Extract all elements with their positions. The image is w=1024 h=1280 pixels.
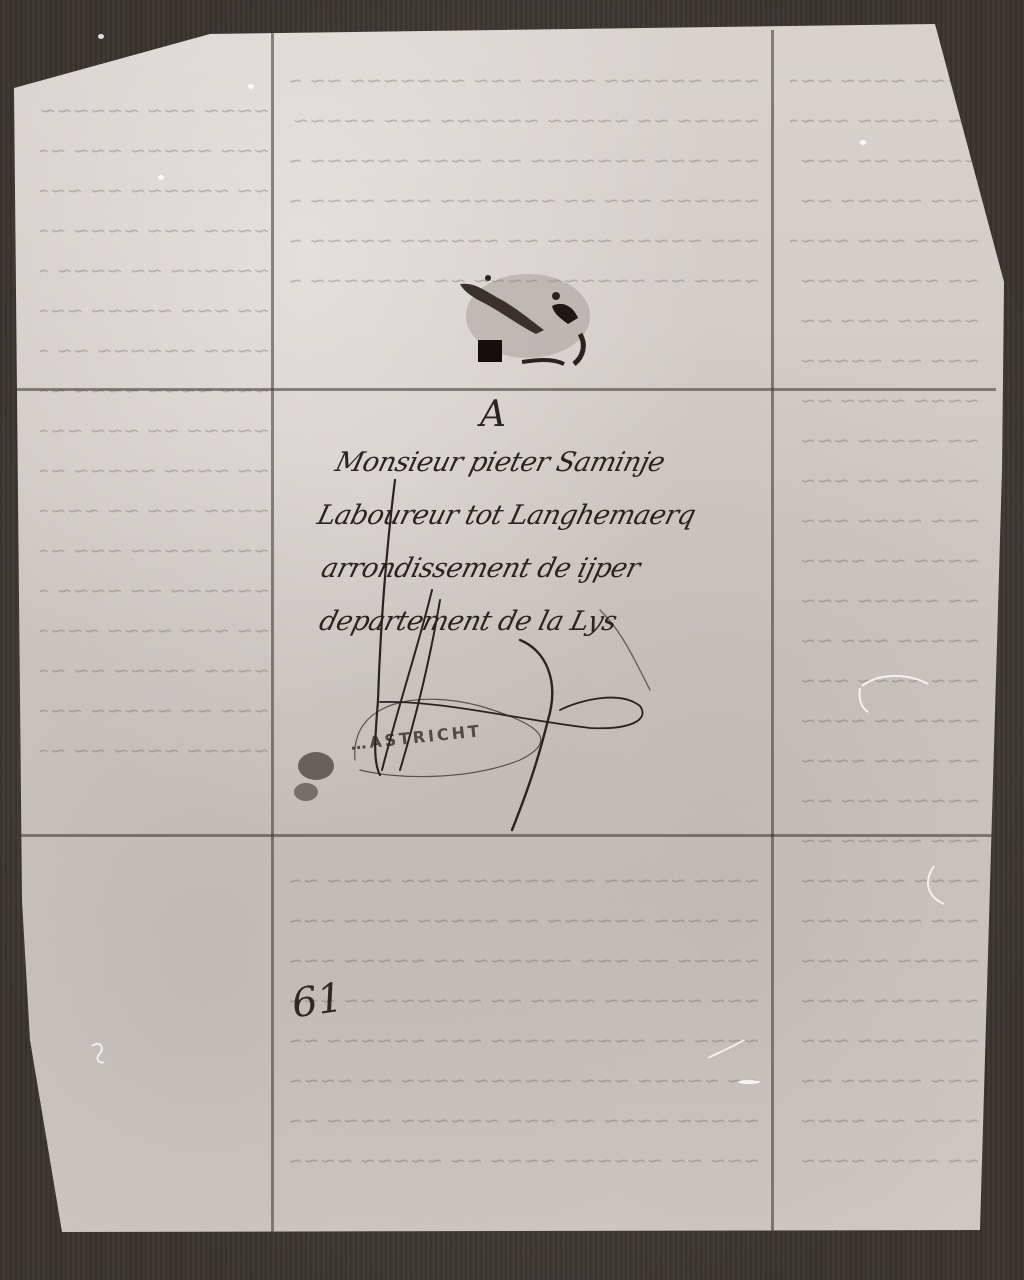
fold-line-vertical-right (771, 30, 774, 1232)
docket-number: 61 (289, 975, 346, 1028)
address-line-recipient: Monsieur pieter Saminje (311, 436, 774, 489)
letter-photograph: ~~~~ ~~~ ~~~~~~ ~~ ~~~ ~~~~~ ~~~ ~~~~ ~~… (0, 0, 1024, 1280)
fold-line-vertical-left (271, 30, 274, 1232)
wax-seal-remnant (456, 270, 596, 370)
address-line-departement: departement de la Lys (311, 595, 774, 648)
bleed-through-text-bottom: ~~~~ ~~~~~ ~~ ~~~~~~ ~~~ ~~~~ ~~~~~ ~~ ~… (290, 860, 760, 1210)
dust-speck (98, 34, 104, 39)
fold-line-horizontal-bottom (16, 834, 996, 837)
address-prefix: A (480, 394, 506, 435)
dust-speck (860, 140, 866, 145)
dust-speck (158, 175, 164, 180)
fold-line-horizontal-top (16, 388, 996, 391)
address-block: A Monsieur pieter Saminje Laboureur tot … (318, 408, 768, 648)
bleed-through-text-right: ~~~~ ~~~~ ~~~ ~~ ~~~~~ ~~~~ ~~~~~ ~~ ~~~… (790, 60, 980, 1200)
dust-speck (738, 1080, 760, 1084)
address-line-arrondissement: arrondissement de ijper (311, 542, 774, 595)
dust-speck (248, 84, 254, 89)
address-line-occupation-place: Laboureur tot Langhemaerq (311, 489, 774, 542)
bleed-through-text-left: ~~~~ ~~~ ~~~~~~ ~~ ~~~ ~~~~~ ~~~ ~~~~ ~~… (40, 90, 270, 790)
